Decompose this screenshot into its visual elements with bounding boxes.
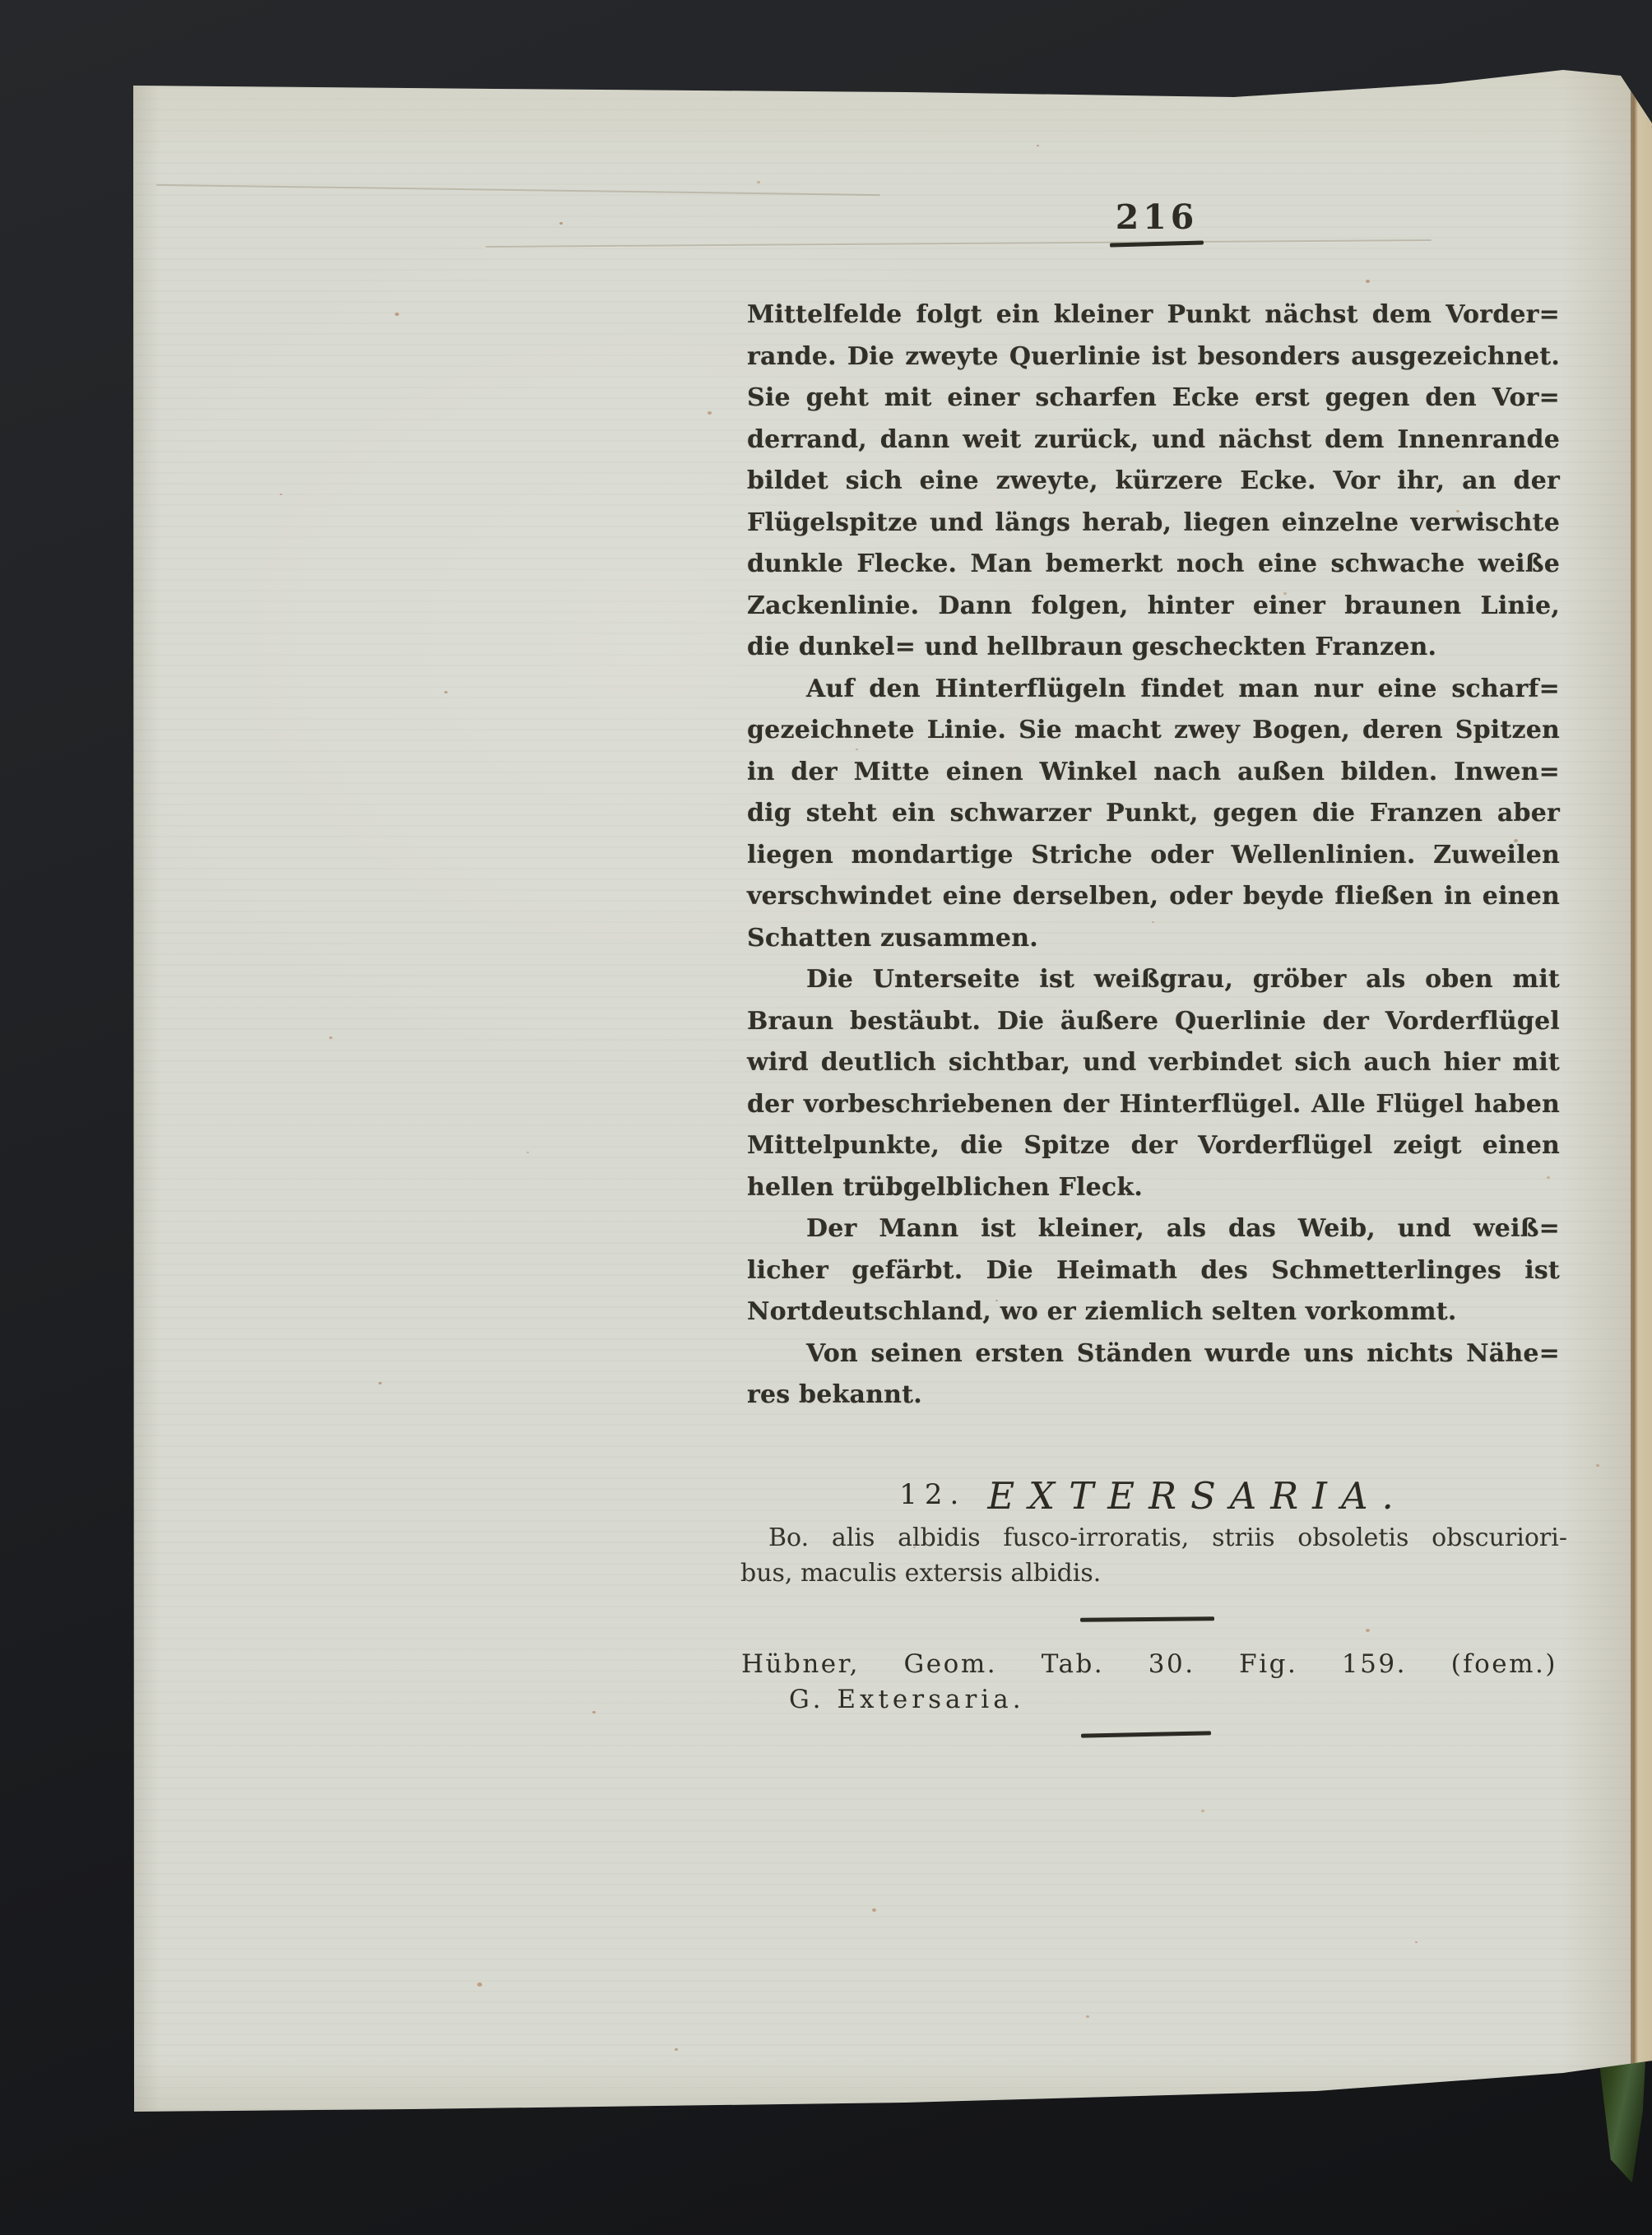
text-line: die dunkel= und hellbraun gescheckten Fr… [747,627,1560,669]
paper-speckle [708,411,712,415]
page-sheet: 216 Mittelfelde folgt ein kleiner Punkt … [132,66,1652,2116]
text-line: Der Mann ist kleiner, als das Weib, und … [747,1208,1560,1250]
text-line: Mittelpunkte, die Spitze der Vorderflüge… [747,1125,1560,1167]
paper-speckle [1366,280,1370,283]
text-line: Flügelspitze und längs herab, liegen ein… [747,503,1560,545]
text-line: rande. Die zweyte Querlinie ist besonder… [747,336,1560,378]
paper-speckle [592,1711,596,1713]
text-line: liegen mondartige Striche oder Wellenlin… [747,835,1560,877]
diagnosis-line: bus, maculis extersis albidis. [740,1556,1567,1591]
text-line: wird deutlich sichtbar, und verbindet si… [747,1042,1560,1084]
paper-speckle [1037,145,1039,146]
text-line: der vorbeschriebenen der Hinterflügel. A… [747,1084,1560,1126]
diagnosis-line: Bo. alis albidis fusco-irroratis, striis… [740,1520,1567,1556]
paper-speckle [444,691,448,693]
paper-speckle [395,313,399,316]
text-line: licher gefärbt. Die Heimath des Schmette… [747,1250,1560,1292]
text-line: gezeichnete Linie. Sie macht zwey Bogen,… [747,710,1560,752]
text-line: Auf den Hinterflügeln findet man nur ein… [747,669,1560,711]
page-number-block: 216 [1076,197,1237,246]
text-line: verschwindet eine derselben, oder beyde … [747,876,1560,918]
reference-citation: Hübner, Geom. Tab. 30. Fig. 159. (foem.) [741,1645,1557,1683]
reference-species: G. Extersaria. [741,1685,1557,1714]
paper-speckle [757,181,760,183]
text-line: Zackenlinie. Dann folgen, hinter einer b… [747,586,1560,628]
paper-speckle [280,494,282,495]
paper-speckle [1415,1941,1418,1943]
text-line: bildet sich eine zweyte, kürzere Ecke. V… [747,461,1560,503]
text-line: in der Mitte einen Winkel nach außen bil… [747,752,1560,794]
text-line: Mittelfelde folgt ein kleiner Punkt näch… [747,294,1560,336]
paper-speckle [378,1382,382,1384]
section-number: 12. [899,1478,966,1511]
text-line: dig steht ein schwarzer Punkt, gegen die… [747,793,1560,835]
section-heading: 12.EXTERSARIA. [747,1474,1560,1518]
text-line: Schatten zusammen. [747,918,1560,960]
paper-speckle [1086,2015,1089,2018]
paper-speckle [872,1908,876,1912]
reference-block: Hübner, Geom. Tab. 30. Fig. 159. (foem.)… [741,1645,1557,1714]
paper-speckle [675,2048,678,2051]
paper-speckle [1596,1464,1599,1467]
text-line: Sie geht mit einer scharfen Ecke erst ge… [747,378,1560,420]
text-line: Nortdeutschland, wo er ziemlich selten v… [747,1291,1560,1333]
text-line: dunkle Flecke. Man bemerkt noch eine sch… [747,544,1560,586]
paper-speckle [329,1036,332,1039]
text-line: Die Unterseite ist weißgrau, gröber als … [747,959,1560,1001]
latin-diagnosis: Bo. alis albidis fusco-irroratis, striis… [740,1520,1567,1591]
section-title: EXTERSARIA. [987,1474,1407,1518]
paper-speckle [527,1152,529,1153]
page-number: 216 [1076,197,1237,237]
text-line: res bekannt. [747,1375,1560,1417]
text-line: hellen trübgelblichen Fleck. [747,1167,1560,1209]
paper-speckle [1201,1810,1204,1812]
paper-speckle [1366,1629,1370,1632]
text-line: derrand, dann weit zurück, und nächst de… [747,420,1560,461]
text-line: Braun bestäubt. Die äußere Querlinie der… [747,1001,1560,1043]
body-text: Mittelfelde folgt ein kleiner Punkt näch… [747,294,1560,1417]
text-line: Von seinen ersten Ständen wurde uns nich… [747,1333,1560,1375]
paper-speckle [559,222,563,225]
paper-speckle [477,1982,482,1987]
scanned-book-photo: 216 Mittelfelde folgt ein kleiner Punkt … [0,0,1652,2235]
